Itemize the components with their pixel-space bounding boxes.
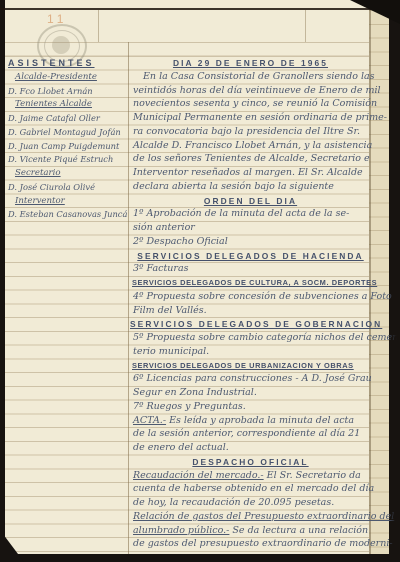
manuscript-line: 6º Licencias para construcciones - A D. … (130, 372, 371, 386)
manuscript-line: Segur en Zona Industrial. (130, 386, 371, 400)
underlined-lead: Recaudación del mercado.- (133, 470, 264, 481)
manuscript-line: de enero del actual. (130, 441, 371, 455)
manuscript-line: 7º Ruegos y Preguntas. (130, 400, 371, 414)
scanned-minutes-page: 11 ASISTENTES Alcalde-PresidenteD. Fco L… (0, 0, 400, 562)
attendee-line: D. José Ciurola Olivé (8, 180, 128, 194)
attendee-line: D. Esteban Casanovas Juncá (8, 207, 128, 221)
manuscript-line: 3º Facturas (130, 262, 371, 276)
manuscript-line: SERVICIOS DELEGADOS DE URBANIZACION Y OB… (130, 359, 371, 373)
page-number-stamp: 11 (47, 12, 67, 26)
minutes-body-column: DIA 29 DE ENERO DE 1965En la Casa Consis… (130, 56, 371, 551)
manuscript-line: de gastos del presupuesto extraordinario… (130, 537, 371, 551)
manuscript-line: SERVICIOS DELEGADOS DE HACIENDA (130, 249, 371, 263)
attendees-title: ASISTENTES (8, 56, 128, 70)
header-vline-left (98, 10, 99, 42)
attendee-line: Tenientes Alcalde (8, 97, 128, 111)
manuscript-line: ACTA.- Es leída y aprobada la minuta del… (130, 414, 371, 428)
attendee-line: D. Gabriel Montagud Jofán (8, 125, 128, 139)
line-text: El Sr. Secretario da (264, 470, 361, 481)
manuscript-line: sión anterior (130, 221, 371, 235)
attendee-line: D. Vicente Piqué Estruch (8, 152, 128, 166)
line-text: Se da lectura a una relación (229, 525, 368, 536)
manuscript-line: En la Casa Consistorial de Granollers si… (130, 70, 371, 84)
attendee-line: D. Jaime Catafal Oller (8, 111, 128, 125)
manuscript-line: declara abierta la sesión bajo la siguie… (130, 180, 371, 194)
manuscript-line: 1º Aprobación de la minuta del acta de l… (130, 207, 371, 221)
manuscript-line: de hoy, la recaudación de 20.095 pesetas… (130, 496, 371, 510)
manuscript-line: Municipal Permanente en sesión ordinaria… (130, 111, 371, 125)
manuscript-line: SERVICIOS DELEGADOS DE GOBERNACION (130, 317, 371, 331)
photo-edge-left (0, 0, 5, 562)
manuscript-line: DIA 29 DE ENERO DE 1965 (130, 56, 371, 70)
manuscript-line: Relación de gastos del Presupuesto extra… (130, 510, 371, 524)
manuscript-line: Recaudación del mercado.- El Sr. Secreta… (130, 469, 371, 483)
attendee-line: Interventor (8, 194, 128, 208)
manuscript-line: SERVICIOS DELEGADOS DE CULTURA, A SOCM. … (130, 276, 371, 290)
manuscript-line: 2º Despacho Oficial (130, 235, 371, 249)
attendees-column: ASISTENTES Alcalde-PresidenteD. Fco Llob… (8, 56, 128, 221)
manuscript-line: DESPACHO OFICIAL (130, 455, 371, 469)
manuscript-line: terio municipal. (130, 345, 371, 359)
header-vline-right (305, 10, 306, 42)
photo-edge-bottom (0, 554, 400, 562)
manuscript-line: novecientos sesenta y cinco, se reunió l… (130, 97, 371, 111)
page-top-edge-shadow (0, 8, 400, 10)
manuscript-line: ORDEN DEL DIA (130, 194, 371, 208)
manuscript-line: Film del Vallés. (130, 304, 371, 318)
attendee-line: Alcalde-Presidente (8, 70, 128, 84)
photo-edge-right (389, 0, 400, 562)
line-text: Es leída y aprobada la minuta del acta (166, 415, 354, 426)
minutes-lines: DIA 29 DE ENERO DE 1965En la Casa Consis… (130, 56, 371, 551)
manuscript-line: de la sesión anterior, correspondiente a… (130, 427, 371, 441)
manuscript-line: 4º Propuesta sobre concesión de subvenci… (130, 290, 371, 304)
manuscript-line: Alcalde D. Francisco Llobet Arnán, y la … (130, 139, 371, 153)
attendee-line: Secretario (8, 166, 128, 180)
manuscript-line: cuenta de haberse obtenido en el mercado… (130, 482, 371, 496)
manuscript-line: 5º Propuesta sobre cambio categoría nich… (130, 331, 371, 345)
manuscript-line: ra convocatoria bajo la presidencia del … (130, 125, 371, 139)
attendee-line: D. Fco Llobet Arnán (8, 84, 128, 98)
manuscript-line: alumbrado público.- Se da lectura a una … (130, 524, 371, 538)
underlined-lead: alumbrado público.- (133, 525, 229, 536)
margin-divider-line (128, 42, 129, 554)
manuscript-line: Interventor reseñados al margen. El Sr. … (130, 166, 371, 180)
manuscript-line: veintidós horas del día veintinueve de E… (130, 84, 371, 98)
attendees-list: Alcalde-PresidenteD. Fco Llobet ArnánTen… (8, 70, 128, 221)
manuscript-line: de los señores Tenientes de Alcalde, Sec… (130, 152, 371, 166)
underlined-lead: ACTA.- (133, 415, 166, 426)
attendee-line: D. Juan Camp Puigdemunt (8, 139, 128, 153)
